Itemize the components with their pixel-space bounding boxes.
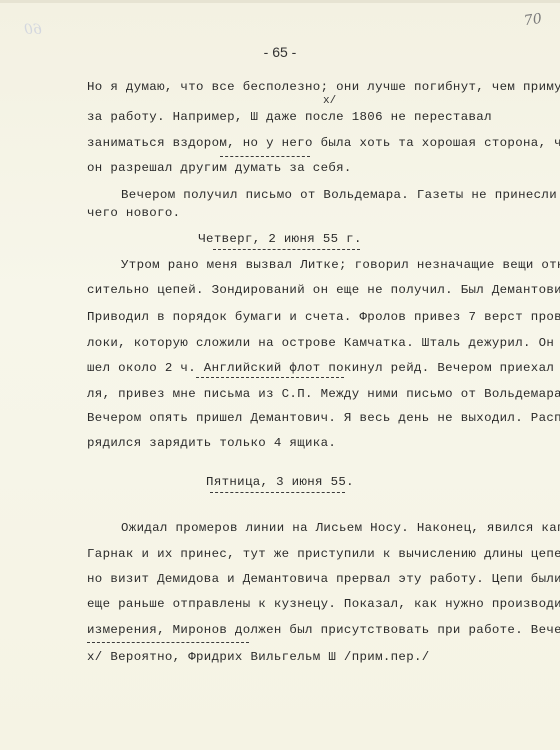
text-line: Но я думаю, что все бесполезно; они лучш… [87, 80, 560, 94]
text-line: локи, которую сложили на острове Камчатк… [87, 336, 560, 350]
text-line: Вечером опять пришел Демантович. Я весь … [87, 411, 560, 425]
text-line: за работу. Например, Ш даже после 1806 н… [87, 110, 492, 124]
footnote-separator [87, 642, 249, 643]
page-number: - 65 - [0, 44, 560, 60]
text-line: чего нового. [87, 206, 180, 220]
section-heading-thursday: Четверг, 2 июня 55 г. [0, 232, 560, 246]
text-line: ля, привез мне письма из С.П. Между ними… [87, 387, 560, 401]
archive-folio-number: 70 [523, 11, 543, 29]
heading-underline [210, 492, 345, 493]
text-line: Приводил в порядок бумаги и счета. Фроло… [87, 310, 560, 324]
text-line: измерения, Миронов должен был присутство… [87, 623, 560, 637]
text-line: Гарнак и их принес, тут же приступили к … [87, 547, 560, 561]
text-line: заниматься вздором, но у него была хоть … [87, 136, 560, 150]
text-line: рядился зарядить только 4 ящика. [87, 436, 336, 450]
underline [220, 156, 310, 157]
text-line: но визит Демидова и Демантовича прервал … [87, 572, 560, 586]
text-line: он разрешал другим думать за себя. [87, 161, 352, 175]
text-line: Утром рано меня вызвал Литке; говорил не… [121, 258, 560, 272]
text-line: еще раньше отправлены к кузнецу. Показал… [87, 597, 560, 611]
bleed-through-mark: 60 [24, 22, 42, 38]
text-line: сительно цепей. Зондирований он еще не п… [87, 283, 560, 297]
underline [196, 377, 344, 378]
section-heading-friday: Пятница, 3 июня 55. [0, 475, 560, 489]
heading-underline [213, 249, 360, 250]
footnote: x/ Вероятно, Фридрих Вильгельм Ш /прим.п… [87, 650, 430, 664]
text-line: шел около 2 ч. Английский флот покинул р… [87, 361, 560, 375]
text-line: Вечером получил письмо от Вольдемара. Га… [121, 188, 560, 202]
text-line: Ожидал промеров линии на Лисьем Носу. На… [121, 521, 560, 535]
page-edge [0, 0, 560, 3]
footnote-marker: x/ [323, 95, 336, 107]
document-page: 60 70 - 65 - Но я думаю, что все бесполе… [0, 0, 560, 750]
